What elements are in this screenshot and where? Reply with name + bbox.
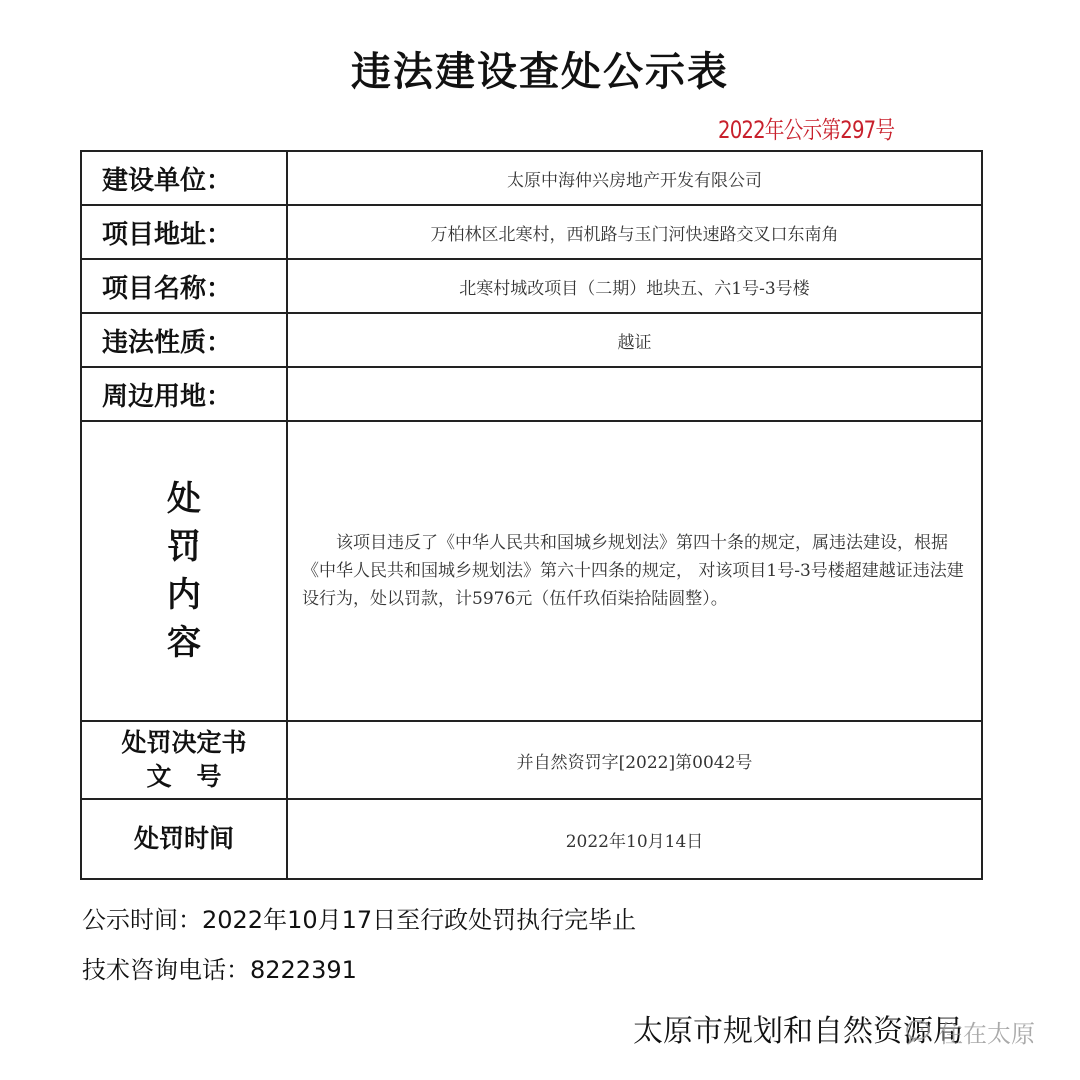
penalty-table: 建设单位： 太原中海仲兴房地产开发有限公司 项目地址： 万柏林区北寒村，西机路与…: [80, 150, 983, 880]
row-value: 太原中海仲兴房地产开发有限公司: [287, 151, 982, 205]
table-row: 违法性质： 越证: [81, 313, 982, 367]
watermark-text: 住在太原: [939, 1014, 1035, 1049]
publicity-period: 公示时间：2022年10月17日至行政处罚执行完毕止: [82, 900, 636, 935]
label-line: 文 号: [82, 760, 286, 794]
row-label: 违法性质：: [81, 313, 287, 367]
label-char: 处: [82, 475, 286, 523]
row-label: 项目地址：: [81, 205, 287, 259]
notice-number: 2022年公示第297号: [718, 110, 894, 145]
table-row: 周边用地：: [81, 367, 982, 421]
document-title: 违法建设查处公示表: [0, 40, 1080, 97]
row-value: 北寒村城改项目（二期）地块五、六1号-3号楼: [287, 259, 982, 313]
row-label: 建设单位：: [81, 151, 287, 205]
table-row: 项目地址： 万柏林区北寒村，西机路与玉门河快速路交叉口东南角: [81, 205, 982, 259]
penalty-time-row: 处罚时间 2022年10月14日: [81, 799, 982, 879]
penalty-content-row: 处 罚 内 容 该项目违反了《中华人民共和国城乡规划法》第四十条的规定，属违法建…: [81, 421, 982, 721]
hotline: 技术咨询电话：8222391: [82, 950, 357, 985]
penalty-content-text: 该项目违反了《中华人民共和国城乡规划法》第四十条的规定，属违法建设，根据《中华人…: [302, 529, 967, 613]
row-value: 万柏林区北寒村，西机路与玉门河快速路交叉口东南角: [287, 205, 982, 259]
decision-doc-label: 处罚决定书 文 号: [81, 721, 287, 799]
table-row: 项目名称： 北寒村城改项目（二期）地块五、六1号-3号楼: [81, 259, 982, 313]
row-label: 项目名称：: [81, 259, 287, 313]
penalty-content-cell: 该项目违反了《中华人民共和国城乡规划法》第四十条的规定，属违法建设，根据《中华人…: [287, 421, 982, 721]
label-char: 容: [82, 619, 286, 667]
row-value: 越证: [287, 313, 982, 367]
label-char: 罚: [82, 523, 286, 571]
wechat-bubble-icon: [905, 1019, 935, 1045]
decision-doc-row: 处罚决定书 文 号 并自然资罚字[2022]第0042号: [81, 721, 982, 799]
label-line: 处罚决定书: [82, 726, 286, 760]
label-char: 内: [82, 571, 286, 619]
penalty-time-value: 2022年10月14日: [287, 799, 982, 879]
decision-doc-value: 并自然资罚字[2022]第0042号: [287, 721, 982, 799]
table-row: 建设单位： 太原中海仲兴房地产开发有限公司: [81, 151, 982, 205]
row-value: [287, 367, 982, 421]
row-label: 周边用地：: [81, 367, 287, 421]
watermark: 住在太原: [905, 1014, 1035, 1049]
penalty-time-label: 处罚时间: [81, 799, 287, 879]
penalty-content-label: 处 罚 内 容: [81, 421, 287, 721]
